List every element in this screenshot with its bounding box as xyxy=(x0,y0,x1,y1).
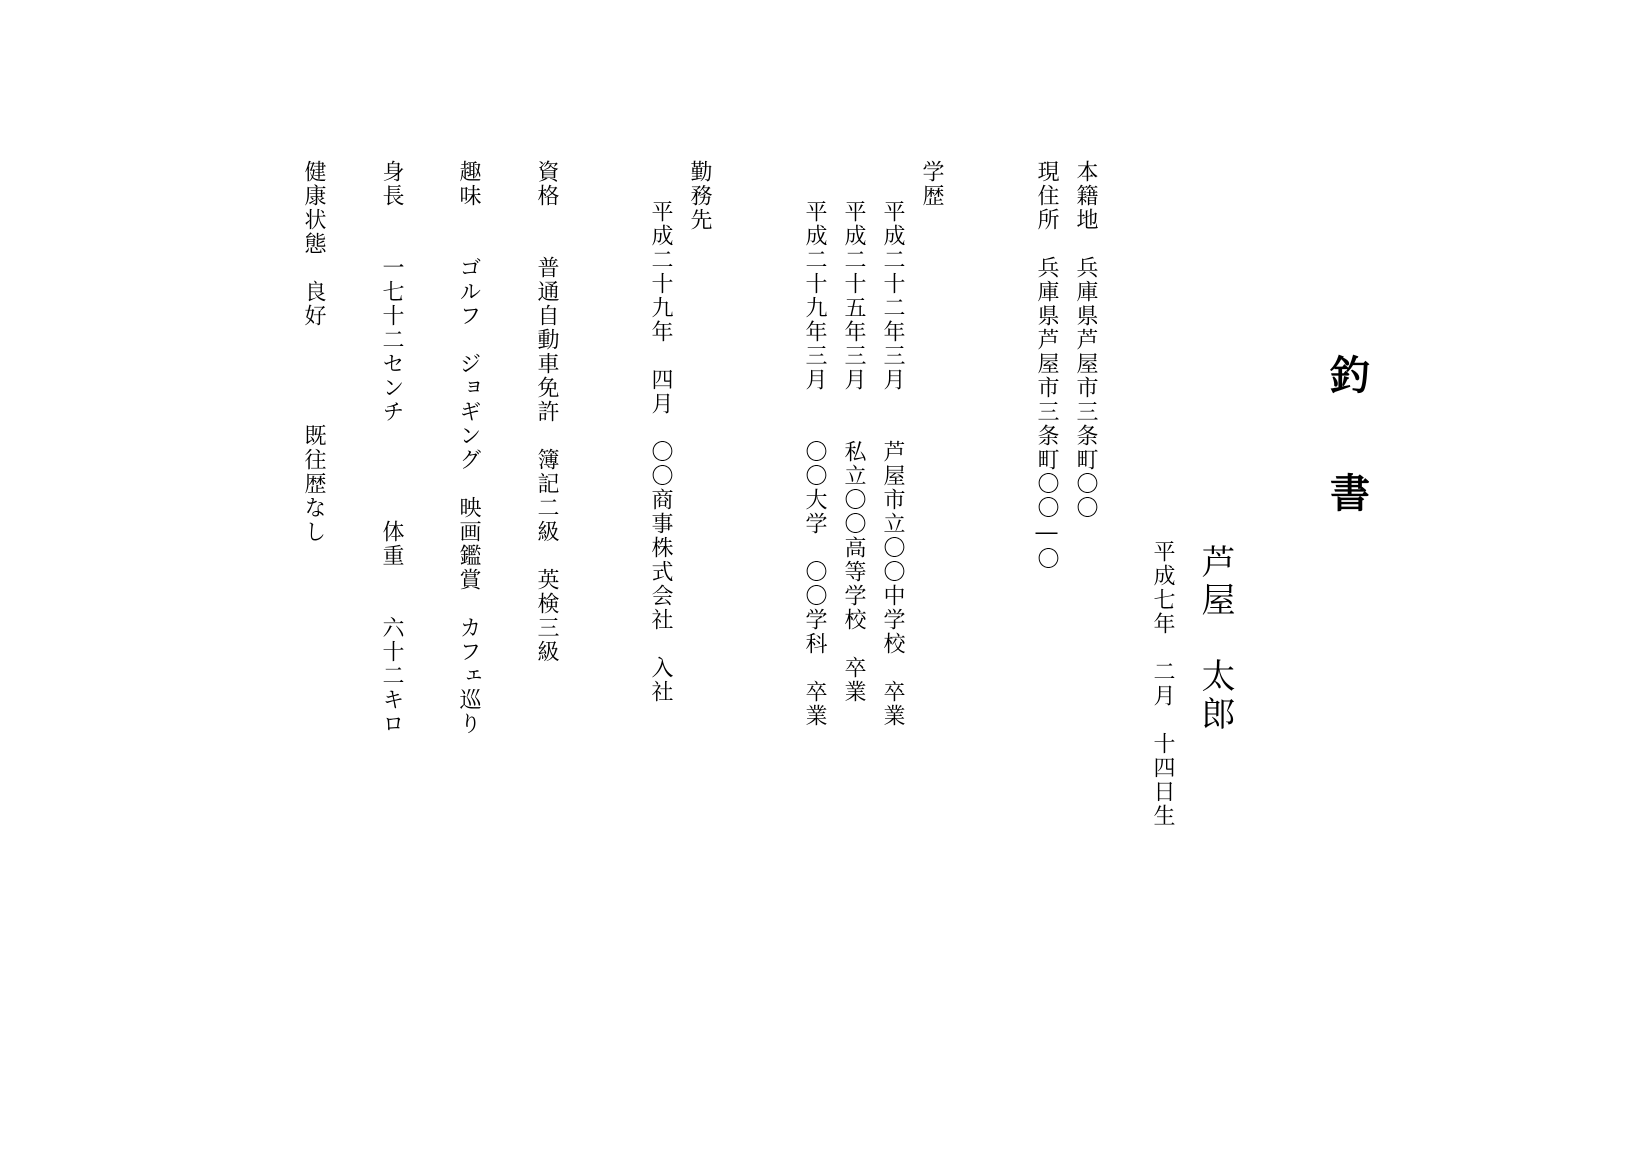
education-heading: 学歴 xyxy=(920,160,942,208)
document-page: 釣 書 芦屋 太郎 平成七年 二月 十四日生 本籍地 兵庫県芦屋市三条町〇〇 現… xyxy=(0,0,1637,1157)
education-entry: 平成二十二年三月 芦屋市立〇〇中学校 卒業 xyxy=(881,200,903,728)
height-weight: 身長 一七十二センチ 体重 六十二キロ xyxy=(380,160,402,736)
education-entry: 平成二十九年三月 〇〇大学 〇〇学科 卒業 xyxy=(803,200,825,728)
birth-date: 平成七年 二月 十四日生 xyxy=(1151,540,1173,828)
employment-heading: 勤務先 xyxy=(688,160,710,232)
title-char-1: 釣 xyxy=(1330,356,1370,396)
person-name: 芦屋 太郎 xyxy=(1198,544,1232,734)
title-char-2: 書 xyxy=(1330,474,1370,514)
qualifications: 資格 普通自動車免許 簿記二級 英検三級 xyxy=(535,160,557,664)
hobbies: 趣味 ゴルフ ジョギング 映画鑑賞 カフェ巡り xyxy=(457,160,479,736)
registered-domicile: 本籍地 兵庫県芦屋市三条町〇〇 xyxy=(1074,160,1096,520)
employment-entry: 平成二十九年 四月 〇〇商事株式会社 入社 xyxy=(649,200,671,704)
current-address: 現住所 兵庫県芦屋市三条町〇〇―〇 xyxy=(1035,160,1057,571)
health-status: 健康状態 良好 既往歴なし xyxy=(302,160,324,544)
education-entry: 平成二十五年三月 私立〇〇高等学校 卒業 xyxy=(842,200,864,704)
